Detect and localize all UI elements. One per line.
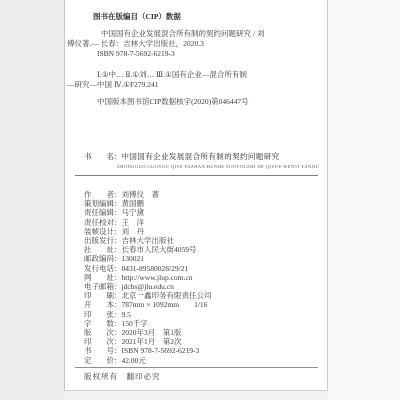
credit-label: 印 刷： (84, 291, 122, 300)
credit-row-word-count: 字 数：150千字 (84, 319, 327, 328)
credit-value: 吉林大学出版社 (122, 236, 175, 245)
credit-label: 开 本： (84, 300, 122, 309)
credit-value: http://www.jlup.com.cn (122, 273, 193, 282)
credit-row-isbn: 书 号：ISBN 978-7-5692-6219-3 (84, 346, 327, 355)
credit-label: 社 址： (84, 245, 122, 254)
credit-value: 130021 (122, 254, 145, 263)
credit-label: 作 者： (84, 190, 122, 199)
credit-label: 责任编辑： (84, 208, 122, 217)
credit-row-postcode: 邮政编码：130021 (84, 254, 327, 263)
credit-value: 刘傅仪 著 (122, 190, 160, 199)
scanned-copyright-page: 图书在版编目（CIP）数据 中国国有企业发展混合所有制的契约问题研究 / 刘 傅… (0, 0, 400, 400)
credit-value: 150千字 (122, 319, 148, 328)
credit-row-sheets: 印 张：9.5 (84, 310, 327, 319)
credit-value: ISBN 978-7-5692-6219-3 (122, 346, 200, 355)
divider-rule-top (75, 175, 318, 176)
credit-row-responsible-editor: 责任编辑：马宁黛 (84, 208, 327, 217)
publication-credits: 作 者：刘傅仪 著 策划编辑：黄国鹏 责任编辑：马宁黛 责任校对：王 洋 装帧设… (84, 190, 327, 365)
credit-value: 王 洋 (122, 218, 145, 227)
credit-value: 刘 丹 (122, 227, 145, 236)
credit-row-publisher: 出版发行：吉林大学出版社 (84, 236, 327, 245)
credit-value: 42.00元 (122, 356, 146, 365)
credit-row-price: 定 价：42.00元 (84, 356, 327, 365)
credit-value: 0431-89580028/29/21 (122, 264, 189, 273)
credit-value: 2021年1月 第2次 (122, 337, 182, 346)
credit-label: 印 张： (84, 310, 122, 319)
credit-value: 长春市人民大街4059号 (122, 245, 197, 254)
credit-label: 印 次： (84, 337, 122, 346)
credit-label: 网 址： (84, 273, 122, 282)
credit-label: 字 数： (84, 319, 122, 328)
credit-label: 策划编辑： (84, 199, 122, 208)
credit-label: 书 号： (84, 346, 122, 355)
cip-classification-block: Ⅰ.①中… Ⅱ.①刘… Ⅲ.①国有企业—混合所有制 —研究—中国 Ⅳ.①F279… (65, 70, 327, 90)
title-pinyin: ZHONGGUO GUOYOU QIYE FAZHAN HUNHE SUOYOU… (117, 164, 327, 170)
credit-value: 黄国鹏 (122, 199, 145, 208)
cip-record-number: 中国版本图书馆CIP数据核字(2020)第046447号 (97, 97, 327, 107)
credit-label: 版 次： (84, 328, 122, 337)
cip-header: 图书在版编目（CIP）数据 (93, 12, 327, 22)
credit-value: 马宁黛 (122, 208, 145, 217)
copyright-notice: 版权所有 翻印必究 (84, 372, 327, 382)
credit-label: 装帧设计： (84, 227, 122, 236)
credit-row-designer: 装帧设计：刘 丹 (84, 227, 327, 236)
classification-line: —研究—中国 Ⅳ.①F279.241 (67, 80, 327, 90)
credit-row-format: 开 本：787mm × 1092mm 1/16 (84, 300, 327, 309)
credit-label: 责任校对： (84, 218, 122, 227)
credit-row-phone: 发行电话：0431-89580028/29/21 (84, 264, 327, 273)
cip-isbn-line: ISBN 978-7-5692-6219-3 (97, 49, 327, 59)
cip-line: 中国国有企业发展混合所有制的契约问题研究 / 刘 (101, 29, 327, 39)
left-gutter (0, 0, 64, 400)
title-label: 书 名： (84, 152, 122, 161)
credit-row-edition: 版 次：2020年3月 第1版 (84, 328, 327, 337)
divider-rule-bottom (75, 367, 318, 368)
credit-label: 邮政编码： (84, 254, 122, 263)
credit-value: 9.5 (122, 310, 131, 319)
credit-label: 发行电话： (84, 264, 122, 273)
book-page: 图书在版编目（CIP）数据 中国国有企业发展混合所有制的契约问题研究 / 刘 傅… (64, 0, 328, 391)
cip-line: 傅仪著.— 长春：吉林大学出版社，2020.3 (67, 39, 327, 49)
right-gutter (328, 0, 400, 400)
credit-value: 北京一鑫印务有限责任公司 (122, 291, 212, 300)
credit-value: 2020年3月 第1版 (122, 328, 182, 337)
credit-label: 电子邮箱： (84, 282, 122, 291)
credit-row-proofreader: 责任校对：王 洋 (84, 218, 327, 227)
credit-row-email: 电子邮箱：jdcbs@jlu.edu.cn (84, 282, 327, 291)
credit-label: 定 价： (84, 356, 122, 365)
cip-description-block: 中国国有企业发展混合所有制的契约问题研究 / 刘 傅仪著.— 长春：吉林大学出版… (65, 29, 327, 59)
classification-line: Ⅰ.①中… Ⅱ.①刘… Ⅲ.①国有企业—混合所有制 (97, 70, 327, 80)
credit-value: 787mm × 1092mm 1/16 (122, 300, 208, 309)
book-title-row: 书 名：中国国有企业发展混合所有制的契约问题研究 (84, 152, 327, 162)
credit-row-author: 作 者：刘傅仪 著 (84, 190, 327, 199)
credit-label: 出版发行： (84, 236, 122, 245)
credit-row-website: 网 址：http://www.jlup.com.cn (84, 273, 327, 282)
book-title: 中国国有企业发展混合所有制的契约问题研究 (122, 152, 280, 161)
credit-value: jdcbs@jlu.edu.cn (122, 282, 174, 291)
